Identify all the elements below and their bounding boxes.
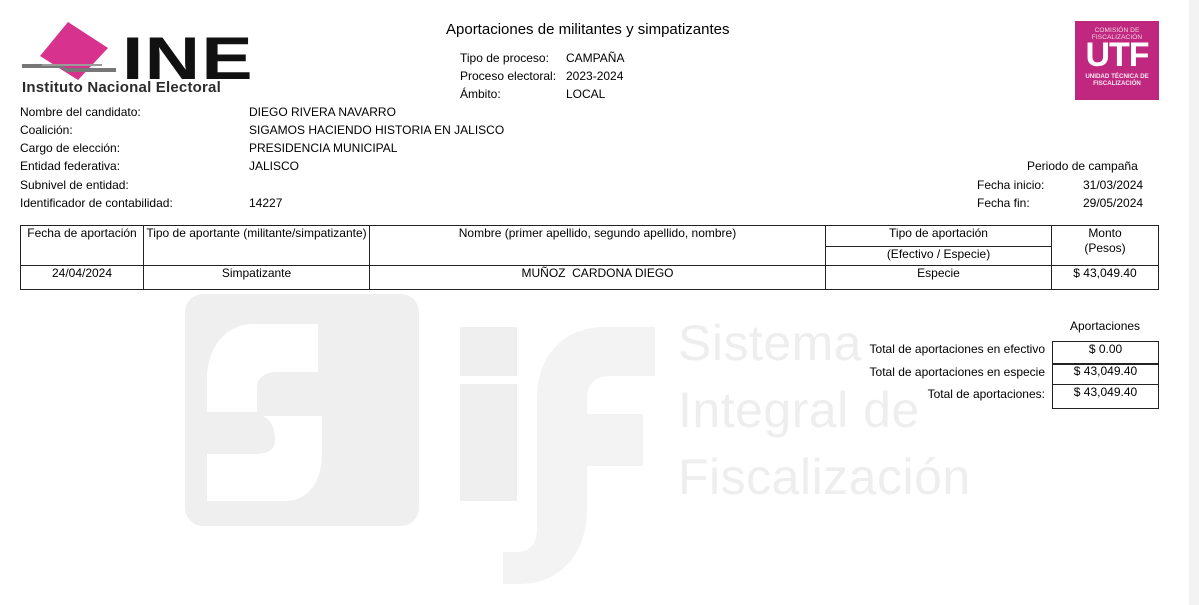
page-margin-strip xyxy=(1189,0,1199,605)
ballot-box-icon xyxy=(20,20,120,82)
header-tipo-aportacion: Tipo de aportación xyxy=(826,226,1052,247)
end-date-value: 29/05/2024 xyxy=(1083,196,1143,210)
start-date-row: Fecha inicio: 31/03/2024 xyxy=(977,178,1044,192)
info-label: Coalición: xyxy=(20,123,73,137)
electoral-process-row: Proceso electoral: 2023-2024 xyxy=(460,69,556,83)
watermark-line: Sistema xyxy=(678,315,862,372)
process-label: Proceso electoral: xyxy=(460,69,556,83)
totals-header: Aportaciones xyxy=(1070,319,1140,333)
header-monto-label: Monto xyxy=(1054,226,1156,241)
utf-bottom-text: UNIDAD TÉCNICA DE FISCALIZACIÓN xyxy=(1075,73,1159,87)
state-row: Entidad federativa: JALISCO xyxy=(20,159,120,173)
total-all-value: $ 43,049.40 xyxy=(1052,384,1159,409)
process-type-row: Tipo de proceso: CAMPAÑA xyxy=(460,51,549,65)
accounting-id-row: Identificador de contabilidad: 14227 xyxy=(20,196,173,210)
campaign-period-title: Periodo de campaña xyxy=(1027,159,1138,173)
start-date-label: Fecha inicio: xyxy=(977,178,1044,192)
process-value: 2023-2024 xyxy=(566,69,623,83)
end-date-label: Fecha fin: xyxy=(977,196,1030,210)
total-inkind-label: Total de aportaciones en especie xyxy=(870,365,1045,379)
ine-wordmark: INE xyxy=(122,34,254,84)
sublevel-row: Subnivel de entidad: xyxy=(20,178,129,192)
total-inkind-value: $ 43,049.40 xyxy=(1052,363,1159,385)
header-tipo-aportacion-sub: (Efectivo / Especie) xyxy=(826,247,1052,266)
table-row: 24/04/2024 Simpatizante MUÑOZ CARDONA DI… xyxy=(21,266,1159,290)
contributions-table: Fecha de aportación Tipo de aportante (m… xyxy=(20,225,1159,290)
start-date-value: 31/03/2024 xyxy=(1083,178,1143,192)
info-value: DIEGO RIVERA NAVARRO xyxy=(249,105,396,119)
watermark-line: Fiscalización xyxy=(678,449,971,506)
utf-logo: COMISIÓN DE FISCALIZACIÓN UTF UNIDAD TÉC… xyxy=(1075,21,1159,100)
process-value: LOCAL xyxy=(566,87,605,101)
header-fecha: Fecha de aportación xyxy=(21,226,144,266)
scope-row: Ámbito: LOCAL xyxy=(460,87,501,101)
cell-tipo-aportacion: Especie xyxy=(826,266,1052,290)
total-cash-label: Total de aportaciones en efectivo xyxy=(870,342,1045,356)
header-nombre: Nombre (primer apellido, segundo apellid… xyxy=(370,226,826,266)
ine-subtitle: Instituto Nacional Electoral xyxy=(22,79,221,96)
total-all-label: Total de aportaciones: xyxy=(928,387,1045,401)
cell-nombre: MUÑOZ CARDONA DIEGO xyxy=(370,266,826,290)
cell-fecha: 24/04/2024 xyxy=(21,266,144,290)
sif-watermark-logo-icon xyxy=(185,294,655,584)
utf-wordmark: UTF xyxy=(1075,40,1159,70)
info-value: SIGAMOS HACIENDO HISTORIA EN JALISCO xyxy=(249,123,504,137)
info-label: Nombre del candidato: xyxy=(20,105,141,119)
cell-monto: $ 43,049.40 xyxy=(1052,266,1159,290)
candidate-name-row: Nombre del candidato: DIEGO RIVERA NAVAR… xyxy=(20,105,141,119)
info-label: Cargo de elección: xyxy=(20,141,120,155)
coalition-row: Coalición: SIGAMOS HACIENDO HISTORIA EN … xyxy=(20,123,73,137)
process-label: Ámbito: xyxy=(460,87,501,101)
process-value: CAMPAÑA xyxy=(566,51,624,65)
info-label: Entidad federativa: xyxy=(20,159,120,173)
info-value: PRESIDENCIA MUNICIPAL xyxy=(249,141,397,155)
info-value: 14227 xyxy=(249,196,282,210)
watermark-line: Integral de xyxy=(678,382,920,439)
office-row: Cargo de elección: PRESIDENCIA MUNICIPAL xyxy=(20,141,120,155)
header-tipo-aportante: Tipo de aportante (militante/simpatizant… xyxy=(144,226,370,266)
cell-tipo-aportante: Simpatizante xyxy=(144,266,370,290)
info-label: Subnivel de entidad: xyxy=(20,178,129,192)
header-monto: Monto (Pesos) xyxy=(1052,226,1159,266)
ine-logo: INE Instituto Nacional Electoral xyxy=(20,20,255,98)
process-label: Tipo de proceso: xyxy=(460,51,549,65)
end-date-row: Fecha fin: 29/05/2024 xyxy=(977,196,1030,210)
header-monto-sub: (Pesos) xyxy=(1054,241,1156,256)
info-label: Identificador de contabilidad: xyxy=(20,196,173,210)
total-cash-value: $ 0.00 xyxy=(1052,341,1159,365)
document-title: Aportaciones de militantes y simpatizant… xyxy=(446,21,729,38)
info-value: JALISCO xyxy=(249,159,299,173)
